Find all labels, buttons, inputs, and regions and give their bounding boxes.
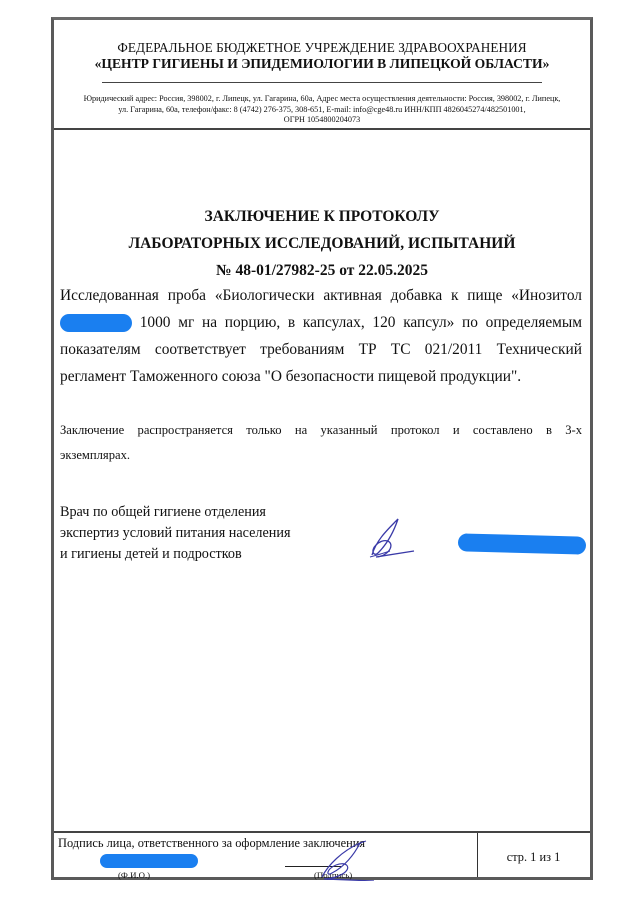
address-line: ул. Гагарина, 60а, телефон/факс: 8 (4742… [56,105,588,116]
document-title: ЗАКЛЮЧЕНИЕ К ПРОТОКОЛУ ЛАБОРАТОРНЫХ ИССЛ… [54,203,590,284]
note-line: Заключение распространяется только на ук… [60,418,582,443]
paragraph-line: регламент Таможенного союза "О безопасно… [60,363,582,390]
title-line: ЛАБОРАТОРНЫХ ИССЛЕДОВАНИЙ, ИСПЫТАНИЙ [54,230,590,257]
handwritten-signature-icon [314,839,384,881]
position-line: и гигиены детей и подростков [60,544,291,565]
address-line: Юридический адрес: Россия, 398002, г. Ли… [56,94,588,105]
paragraph-text: 1000 мг на порцию, в капсулах, 120 капсу… [132,314,582,331]
redacted-responsible-name [100,854,198,868]
redacted-signatory-name [458,533,586,554]
note-line: экземплярах. [60,443,582,468]
redaction-mark [60,314,132,332]
header-divider [102,82,542,83]
conclusion-paragraph: Исследованная проба «Биологически активн… [60,282,582,390]
org-address: Юридический адрес: Россия, 398002, г. Ли… [56,94,588,126]
footer-signature-cell: Подпись лица, ответственного за оформлен… [54,833,478,877]
org-name-line1: ФЕДЕРАЛЬНОЕ БЮДЖЕТНОЕ УЧРЕЖДЕНИЕ ЗДРАВОО… [54,40,590,56]
footer-table: Подпись лица, ответственного за оформлен… [54,831,590,877]
document-frame: ФЕДЕРАЛЬНОЕ БЮДЖЕТНОЕ УЧРЕЖДЕНИЕ ЗДРАВОО… [51,17,593,880]
title-line: ЗАКЛЮЧЕНИЕ К ПРОТОКОЛУ [54,203,590,230]
validity-note: Заключение распространяется только на ук… [60,418,582,468]
handwritten-signature-icon [364,511,424,563]
position-line: Врач по общей гигиене отделения [60,502,291,523]
position-line: экспертиз условий питания населения [60,523,291,544]
footer-page-cell: стр. 1 из 1 [477,833,590,877]
address-line: ОГРН 1054800204073 [56,115,588,126]
signatory-position: Врач по общей гигиене отделения эксперти… [60,502,291,565]
fio-caption: (Ф.И.О.) [118,870,150,880]
page-number: стр. 1 из 1 [477,850,590,865]
paragraph-line: 1000 мг на порцию, в капсулах, 120 капсу… [60,309,582,336]
header-bottom-rule [54,128,590,130]
paragraph-line: Исследованная проба «Биологически активн… [60,282,582,309]
protocol-number: № 48-01/27982-25 от 22.05.2025 [54,257,590,284]
paragraph-line: показателям соответствует требованиям ТР… [60,336,582,363]
org-name-line2: «ЦЕНТР ГИГИЕНЫ И ЭПИДЕМИОЛОГИИ В ЛИПЕЦКО… [54,56,590,72]
